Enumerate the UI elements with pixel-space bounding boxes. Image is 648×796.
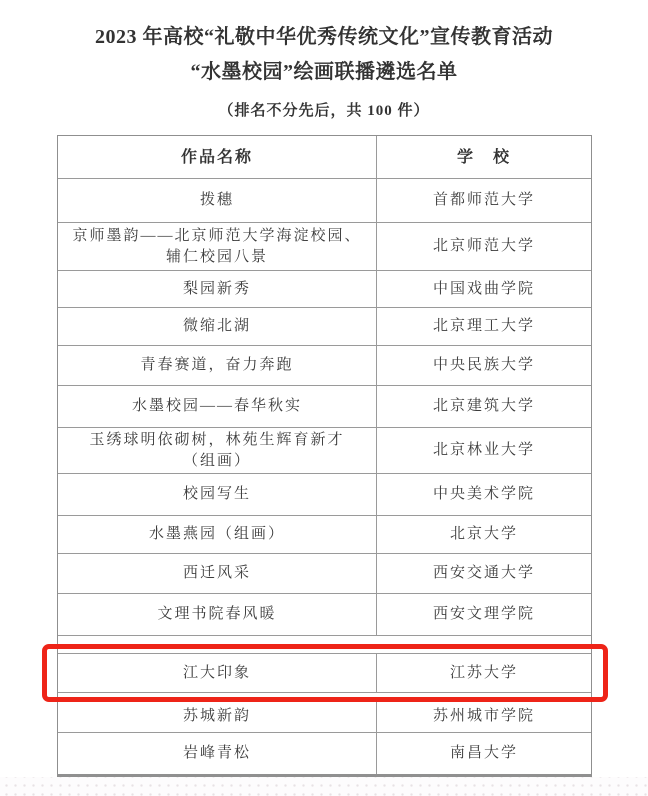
column-header-work-name: 作品名称 (58, 136, 377, 178)
page-bottom-dotted-texture (0, 777, 648, 796)
school-cell: 中央美术学院 (377, 474, 591, 515)
table-gap-spacer (58, 693, 591, 701)
work-cell: 水墨校园——春华秋实 (58, 386, 377, 427)
school-cell: 北京理工大学 (377, 308, 591, 345)
document-subtitle: （排名不分先后，共 100 件） (0, 99, 648, 120)
school-cell: 北京建筑大学 (377, 386, 591, 427)
table-row: 校园写生 中央美术学院 (58, 474, 591, 516)
table-header-row: 作品名称 学 校 (58, 136, 591, 179)
table-row: 玉绣球明依砌树，林苑生辉育新才 （组画） 北京林业大学 (58, 428, 591, 474)
table-row: 文理书院春风暖 西安文理学院 (58, 594, 591, 636)
work-cell: 拨穗 (58, 179, 377, 222)
column-header-school: 学 校 (377, 136, 591, 178)
table-row: 梨园新秀 中国戏曲学院 (58, 271, 591, 308)
table-row: 西迁风采 西安交通大学 (58, 554, 591, 594)
school-cell: 中央民族大学 (377, 346, 591, 385)
school-cell: 北京大学 (377, 516, 591, 553)
table-row: 苏城新韵 苏州城市学院 (58, 701, 591, 733)
table-gap-spacer (58, 636, 591, 654)
table-row-highlighted: 江大印象 江苏大学 (58, 654, 591, 693)
table-row: 京师墨韵——北京师范大学海淀校园、 辅仁校园八景 北京师范大学 (58, 223, 591, 271)
school-cell: 中国戏曲学院 (377, 271, 591, 307)
work-cell: 西迁风采 (58, 554, 377, 593)
work-cell: 江大印象 (58, 654, 377, 692)
school-cell: 西安交通大学 (377, 554, 591, 593)
school-cell: 南昌大学 (377, 733, 591, 774)
document-page: 2023 年高校“礼敬中华优秀传统文化”宣传教育活动 “水墨校园”绘画联播遴选名… (0, 0, 648, 796)
table-row: 水墨燕园（组画） 北京大学 (58, 516, 591, 554)
work-cell: 文理书院春风暖 (58, 594, 377, 635)
table-row: 微缩北湖 北京理工大学 (58, 308, 591, 346)
work-cell: 梨园新秀 (58, 271, 377, 307)
school-cell: 北京师范大学 (377, 223, 591, 270)
work-cell: 玉绣球明依砌树，林苑生辉育新才 （组画） (58, 428, 377, 473)
table-row: 岩峰青松 南昌大学 (58, 733, 591, 776)
work-cell: 京师墨韵——北京师范大学海淀校园、 辅仁校园八景 (58, 223, 377, 270)
work-cell: 岩峰青松 (58, 733, 377, 774)
work-cell: 水墨燕园（组画） (58, 516, 377, 553)
document-title-line2: “水墨校园”绘画联播遴选名单 (0, 55, 648, 84)
work-cell: 校园写生 (58, 474, 377, 515)
table-row: 青春赛道，奋力奔跑 中央民族大学 (58, 346, 591, 386)
work-cell: 青春赛道，奋力奔跑 (58, 346, 377, 385)
school-cell: 北京林业大学 (377, 428, 591, 473)
work-cell: 苏城新韵 (58, 701, 377, 732)
selection-list-table: 作品名称 学 校 拨穗 首都师范大学 京师墨韵——北京师范大学海淀校园、 辅仁校… (57, 135, 592, 777)
school-cell: 苏州城市学院 (377, 701, 591, 732)
work-cell: 微缩北湖 (58, 308, 377, 345)
table-row: 水墨校园——春华秋实 北京建筑大学 (58, 386, 591, 428)
document-title-line1: 2023 年高校“礼敬中华优秀传统文化”宣传教育活动 (0, 20, 648, 49)
table-row: 拨穗 首都师范大学 (58, 179, 591, 223)
school-cell: 首都师范大学 (377, 179, 591, 222)
school-cell: 西安文理学院 (377, 594, 591, 635)
school-cell: 江苏大学 (377, 654, 591, 692)
